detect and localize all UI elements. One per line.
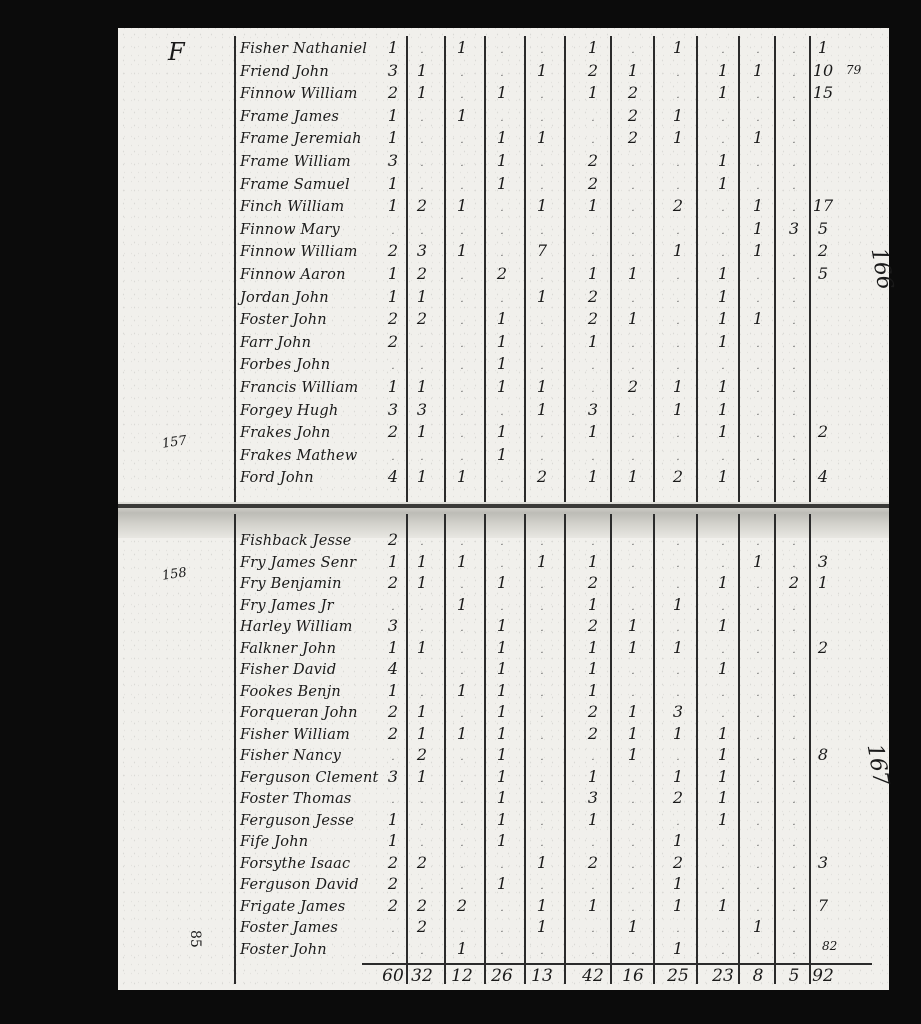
column-total: 8 (739, 968, 777, 985)
tally-cell: 1 (708, 618, 738, 634)
tally-cell: . (663, 753, 693, 763)
tally-cell: . (663, 340, 693, 350)
tally-cell: 2 (663, 790, 693, 806)
tally-cell: 2 (808, 424, 838, 440)
tally-cell: 1 (618, 747, 648, 763)
tally-cell: . (578, 947, 608, 957)
tally-cell: 1 (663, 876, 693, 892)
tally-cell: 1 (578, 683, 608, 699)
tally-cell: 1 (407, 640, 437, 656)
entry-name: Fisher William (240, 728, 350, 743)
tally-cell: . (708, 882, 738, 892)
tally-cell: . (527, 753, 557, 763)
tally-cell: . (663, 69, 693, 79)
column-total: 42 (574, 968, 612, 985)
tally-cell: . (487, 538, 517, 548)
tally-cell: . (407, 159, 437, 169)
tally-cell: 2 (663, 855, 693, 871)
tally-cell: . (527, 839, 557, 849)
page-number: 85 (202, 930, 220, 944)
tally-cell: 1 (447, 941, 477, 957)
tally-cell: . (779, 818, 809, 828)
tally-cell: . (578, 882, 608, 892)
tally-cell: . (663, 317, 693, 327)
entry-name: Fisher Nathaniel (240, 42, 367, 57)
tally-cell: 1 (663, 726, 693, 742)
tally-cell: 2 (407, 855, 437, 871)
tally-cell: . (779, 69, 809, 79)
tally-cell: 3 (779, 221, 809, 237)
tally-cell: . (407, 624, 437, 634)
entry-name: Falkner John (240, 642, 336, 657)
tally-cell: 1 (708, 812, 738, 828)
tally-cell: 1 (663, 130, 693, 146)
tally-cell: . (447, 136, 477, 146)
tally-cell: . (779, 408, 809, 418)
tally-cell: 2 (578, 176, 608, 192)
tally-cell: 15 (808, 85, 838, 101)
tally-cell: . (779, 453, 809, 463)
tally-cell: . (378, 362, 408, 372)
tally-cell: . (743, 796, 773, 806)
tally-cell: . (618, 603, 648, 613)
tally-cell: 1 (708, 266, 738, 282)
tally-cell: . (743, 538, 773, 548)
tally-cell: . (708, 710, 738, 720)
tally-cell: . (743, 159, 773, 169)
tally-cell: . (447, 408, 477, 418)
tally-cell: . (618, 159, 648, 169)
tally-cell: 3 (663, 704, 693, 720)
column-rule (774, 514, 776, 984)
tally-cell: . (527, 796, 557, 806)
tally-cell: 2 (487, 266, 517, 282)
tally-cell: . (618, 227, 648, 237)
tally-cell: 1 (743, 221, 773, 237)
tally-cell: 2 (407, 198, 437, 214)
entry-name: Harley William (240, 620, 353, 635)
tally-cell: . (663, 925, 693, 935)
tally-cell: 7 (808, 898, 838, 914)
tally-cell: . (743, 839, 773, 849)
tally-cell: . (743, 882, 773, 892)
column-rule (484, 514, 486, 984)
name-column-rule (234, 514, 236, 984)
tally-cell: 3 (378, 63, 408, 79)
tally-cell: 1 (618, 469, 648, 485)
tally-cell: 2 (378, 243, 408, 259)
column-rule (564, 514, 566, 984)
tally-cell: 1 (618, 63, 648, 79)
tally-cell: 2 (378, 575, 408, 591)
tally-cell: . (779, 603, 809, 613)
tally-cell: 1 (487, 356, 517, 372)
tally-cell: . (407, 818, 437, 828)
tally-cell: 1 (663, 640, 693, 656)
tally-cell: . (663, 295, 693, 305)
tally-cell: 1 (708, 63, 738, 79)
tally-cell: . (708, 136, 738, 146)
tally-cell: 1 (487, 153, 517, 169)
ledger-page: Fisher Nathaniel1.1..1.1...1Friend John3… (118, 28, 889, 990)
tally-cell: . (618, 667, 648, 677)
tally-cell: . (487, 249, 517, 259)
tally-cell: . (618, 947, 648, 957)
tally-cell: . (743, 775, 773, 785)
tally-cell: . (663, 272, 693, 282)
tally-cell: 1 (708, 898, 738, 914)
tally-cell: 1 (527, 379, 557, 395)
tally-cell: . (779, 317, 809, 327)
entry-name: Francis William (240, 381, 358, 396)
column-rule (524, 514, 526, 984)
tally-cell: . (447, 882, 477, 892)
tally-cell: . (447, 317, 477, 327)
tally-cell: 1 (378, 198, 408, 214)
tally-cell: . (447, 227, 477, 237)
tally-cell: 1 (708, 176, 738, 192)
tally-cell: 1 (447, 597, 477, 613)
tally-cell: . (487, 295, 517, 305)
tally-cell: 2 (578, 63, 608, 79)
tally-cell: . (447, 775, 477, 785)
entry-name: Foster John (240, 943, 327, 958)
tally-cell: . (407, 340, 437, 350)
tally-cell: 2 (663, 198, 693, 214)
tally-cell: . (663, 430, 693, 440)
tally-cell: 1 (447, 243, 477, 259)
tally-cell: . (447, 624, 477, 634)
tally-cell: . (527, 227, 557, 237)
tally-cell: 1 (407, 469, 437, 485)
tally-cell: 4 (808, 469, 838, 485)
entry-name: Fry Benjamin (240, 577, 342, 592)
tally-cell: . (708, 925, 738, 935)
column-total: 92 (804, 968, 842, 985)
tally-cell: 2 (378, 532, 408, 548)
column-rule (738, 514, 740, 984)
tally-cell: . (527, 91, 557, 101)
tally-cell: . (663, 538, 693, 548)
column-rule (653, 36, 655, 502)
tally-cell: . (618, 204, 648, 214)
tally-cell: . (578, 839, 608, 849)
tally-cell: 1 (487, 311, 517, 327)
tally-cell: . (708, 689, 738, 699)
entry-name: Frame Jeremiah (240, 132, 362, 147)
tally-cell: . (447, 295, 477, 305)
tally-cell: 1 (578, 334, 608, 350)
tally-cell: 1 (447, 198, 477, 214)
tally-cell: . (743, 689, 773, 699)
tally-cell: . (407, 114, 437, 124)
tally-cell: . (743, 114, 773, 124)
tally-cell: 1 (378, 266, 408, 282)
tally-cell: 1 (487, 726, 517, 742)
column-rule (484, 36, 486, 502)
tally-cell: . (447, 340, 477, 350)
tally-cell: . (743, 295, 773, 305)
tally-cell: . (447, 182, 477, 192)
tally-cell: . (743, 408, 773, 418)
tally-cell: 1 (708, 747, 738, 763)
tally-cell: 1 (578, 898, 608, 914)
entry-name: Finnow William (240, 87, 358, 102)
tally-cell: 1 (527, 855, 557, 871)
tally-cell: . (527, 818, 557, 828)
tally-cell: . (447, 91, 477, 101)
column-total: 23 (704, 968, 742, 985)
tally-cell: . (743, 430, 773, 440)
tally-cell: 1 (407, 726, 437, 742)
tally-cell: 1 (407, 379, 437, 395)
tally-cell: 1 (578, 597, 608, 613)
tally-cell: . (618, 818, 648, 828)
tally-cell: 1 (663, 833, 693, 849)
tally-cell: . (618, 182, 648, 192)
column-total: 26 (483, 968, 521, 985)
entry-name: Jordan John (240, 291, 329, 306)
tally-cell: 2 (808, 640, 838, 656)
tally-cell: 3 (378, 153, 408, 169)
tally-cell: . (708, 453, 738, 463)
tally-cell: . (527, 667, 557, 677)
tally-cell: . (708, 560, 738, 570)
tally-cell: 2 (378, 898, 408, 914)
tally-cell: 3 (407, 243, 437, 259)
tally-cell: 1 (378, 640, 408, 656)
tally-cell: 1 (487, 334, 517, 350)
tally-cell: . (779, 753, 809, 763)
tally-cell: . (708, 204, 738, 214)
tally-cell: . (779, 538, 809, 548)
tally-cell: . (527, 340, 557, 350)
name-column-rule (234, 36, 236, 502)
tally-cell: 1 (708, 311, 738, 327)
tally-cell: 1 (708, 85, 738, 101)
tally-cell: . (779, 560, 809, 570)
tally-cell: . (527, 114, 557, 124)
tally-cell: . (618, 882, 648, 892)
column-total: 13 (523, 968, 561, 985)
tally-cell: . (618, 453, 648, 463)
tally-cell: 1 (618, 311, 648, 327)
tally-cell: 1 (578, 198, 608, 214)
tally-cell: . (708, 603, 738, 613)
tally-cell: . (407, 947, 437, 957)
tally-cell: . (779, 796, 809, 806)
tally-cell: . (447, 753, 477, 763)
tally-cell: . (779, 159, 809, 169)
tally-cell: 1 (578, 85, 608, 101)
tally-cell: 3 (378, 402, 408, 418)
tally-cell: 3 (378, 618, 408, 634)
tally-cell: 1 (378, 176, 408, 192)
tally-cell: 2 (618, 130, 648, 146)
tally-cell: . (487, 475, 517, 485)
tally-cell: 1 (618, 919, 648, 935)
tally-cell: . (527, 947, 557, 957)
tally-cell: . (779, 624, 809, 634)
tally-cell: 1 (378, 812, 408, 828)
entry-name: Ferguson Clement (240, 771, 379, 786)
tally-cell: . (447, 362, 477, 372)
tally-cell: . (527, 317, 557, 327)
tally-cell: 2 (447, 898, 477, 914)
tally-cell: . (447, 646, 477, 656)
entry-name: Fry James Senr (240, 556, 356, 571)
tally-cell: 1 (578, 812, 608, 828)
tally-cell: . (487, 69, 517, 79)
tally-cell: 1 (487, 575, 517, 591)
tally-cell: 1 (487, 769, 517, 785)
tally-cell: 1 (527, 130, 557, 146)
tally-cell: . (487, 947, 517, 957)
tally-cell: . (527, 159, 557, 169)
tally-cell: . (743, 91, 773, 101)
tally-cell: . (779, 204, 809, 214)
margin-letter: F (168, 40, 185, 64)
tally-cell: . (578, 538, 608, 548)
entry-name: Foster James (240, 921, 338, 936)
tally-cell: 1 (407, 769, 437, 785)
entry-name: Fisher David (240, 663, 336, 678)
tally-cell: . (527, 453, 557, 463)
tally-cell: . (663, 624, 693, 634)
tally-cell: . (487, 560, 517, 570)
tally-cell: . (743, 904, 773, 914)
entry-name: Finnow William (240, 245, 358, 260)
entry-name: Frame James (240, 110, 339, 125)
entry-name: Frame William (240, 155, 351, 170)
tally-cell: . (447, 159, 477, 169)
tally-cell: 1 (378, 289, 408, 305)
tally-cell: 2 (663, 469, 693, 485)
tally-cell: 1 (487, 661, 517, 677)
tally-cell: . (407, 689, 437, 699)
tally-cell: 2 (779, 575, 809, 591)
tally-cell: . (618, 46, 648, 56)
tally-cell: 2 (618, 379, 648, 395)
tally-cell: 2 (378, 855, 408, 871)
tally-cell: . (779, 689, 809, 699)
tally-cell: . (447, 839, 477, 849)
tally-cell: 1 (663, 379, 693, 395)
tally-cell: . (447, 453, 477, 463)
tally-cell: . (578, 362, 608, 372)
tally-cell: . (618, 581, 648, 591)
tally-cell: . (708, 538, 738, 548)
tally-cell: . (618, 861, 648, 871)
entry-name: Finnow Aaron (240, 268, 346, 283)
tally-cell: . (447, 538, 477, 548)
tally-cell: . (407, 538, 437, 548)
entry-name: Forgey Hugh (240, 404, 338, 419)
tally-cell: 1 (487, 618, 517, 634)
tally-cell: 2 (378, 876, 408, 892)
tally-cell: . (378, 227, 408, 237)
tally-cell: 5 (808, 221, 838, 237)
tally-cell: 1 (578, 769, 608, 785)
tally-cell: . (527, 646, 557, 656)
tally-cell: . (708, 362, 738, 372)
tally-cell: . (779, 91, 809, 101)
tally-cell: 1 (708, 379, 738, 395)
tally-cell: 2 (407, 311, 437, 327)
tally-cell: 1 (447, 108, 477, 124)
tally-cell: 1 (708, 769, 738, 785)
tally-cell: 1 (578, 424, 608, 440)
tally-cell: . (578, 453, 608, 463)
margin-folio-lower: 167 (863, 742, 892, 787)
entry-name: Frame Samuel (240, 178, 350, 193)
entry-name: Frakes Mathew (240, 449, 357, 464)
tally-cell: . (618, 689, 648, 699)
tally-cell: 7 (527, 243, 557, 259)
tally-cell: . (743, 753, 773, 763)
tally-cell: . (527, 538, 557, 548)
tally-cell: . (618, 408, 648, 418)
tally-cell: 2 (378, 334, 408, 350)
entry-name: Finch William (240, 200, 344, 215)
entry-name: Frakes John (240, 426, 330, 441)
entry-name: Ferguson David (240, 878, 359, 893)
tally-cell: 1 (407, 575, 437, 591)
tally-cell: 1 (708, 289, 738, 305)
tally-cell: 1 (578, 640, 608, 656)
tally-cell: 1 (663, 898, 693, 914)
tally-cell: 1 (578, 40, 608, 56)
entry-name: Forbes John (240, 358, 330, 373)
tally-cell: . (708, 46, 738, 56)
tally-cell: . (527, 732, 557, 742)
tally-cell: . (578, 249, 608, 259)
tally-cell: . (378, 796, 408, 806)
tally-cell: 1 (743, 919, 773, 935)
tally-cell: 1 (527, 402, 557, 418)
tally-cell: . (779, 732, 809, 742)
tally-cell: . (487, 114, 517, 124)
tally-cell: . (487, 861, 517, 871)
tally-cell: 2 (578, 575, 608, 591)
tally-cell: . (708, 839, 738, 849)
tally-cell: . (378, 603, 408, 613)
tally-cell: 1 (378, 108, 408, 124)
tally-cell: . (578, 114, 608, 124)
tally-cell: 1 (663, 769, 693, 785)
tally-cell: . (447, 69, 477, 79)
tally-cell: 1 (378, 833, 408, 849)
tally-cell: . (527, 689, 557, 699)
tally-cell: . (407, 362, 437, 372)
tally-cell: 2 (618, 108, 648, 124)
tally-cell: . (618, 362, 648, 372)
tally-cell: . (527, 182, 557, 192)
tally-cell: 1 (663, 108, 693, 124)
tally-cell: . (618, 904, 648, 914)
tally-cell: 1 (578, 266, 608, 282)
tally-cell: . (779, 710, 809, 720)
tally-cell: . (779, 362, 809, 372)
total-row-rule (362, 963, 872, 965)
tally-cell: . (708, 947, 738, 957)
tally-cell: . (663, 91, 693, 101)
tally-cell: 1 (808, 575, 838, 591)
tally-cell: . (527, 430, 557, 440)
tally-cell: 1 (407, 424, 437, 440)
tally-cell: . (618, 249, 648, 259)
tally-cell: . (527, 581, 557, 591)
